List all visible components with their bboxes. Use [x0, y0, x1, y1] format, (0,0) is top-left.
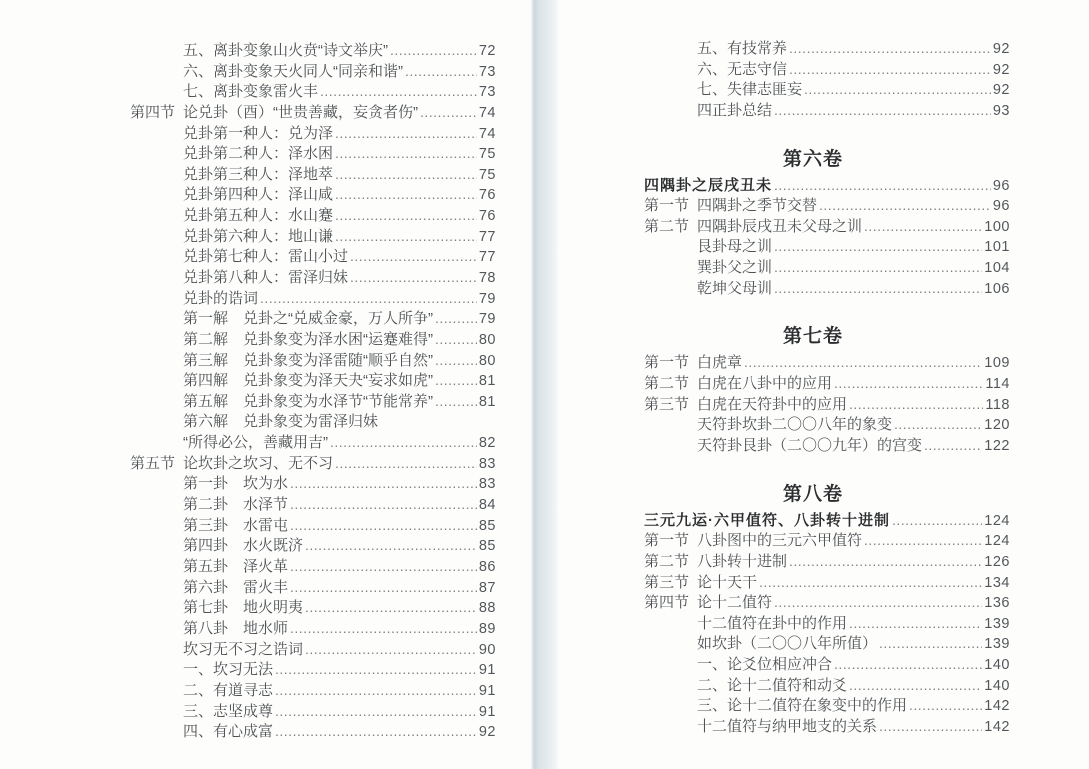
toc-entry: 第四节论兑卦（酉）“世贵善藏，妄贪者伤”74 — [130, 102, 496, 123]
entry-title: 兑卦第二种人：泽水困 — [183, 144, 333, 165]
book-spread: 五、离卦变象山火贲“诗文举庆”72六、离卦变象天火同人“同亲和谐”73七、离卦变… — [0, 0, 1089, 769]
dot-leader — [275, 721, 477, 742]
dot-leader — [435, 329, 477, 350]
toc-entry: 兑卦第七种人：雷山小过77 — [130, 246, 496, 267]
toc-entry: 兑卦第五种人：水山蹇76 — [130, 205, 496, 226]
entry-title: 一、坎习无法 — [183, 660, 273, 681]
page-number: 80 — [479, 351, 496, 372]
entry-title: 兑卦的诰词 — [183, 289, 258, 310]
page-number: 87 — [479, 578, 496, 599]
toc-entry: 坎习无不习之诰词90 — [130, 639, 496, 660]
page-number: 109 — [984, 353, 1010, 374]
toc-entry: 六、离卦变象天火同人“同亲和谐”73 — [130, 61, 496, 82]
entry-title: 十二值符与纳甲地支的关系 — [697, 717, 877, 738]
page-number: 91 — [479, 681, 496, 702]
page-number: 85 — [479, 536, 496, 557]
toc-entry: 二、论十二值符和动爻140 — [644, 675, 1010, 696]
page-number: 92 — [993, 80, 1010, 101]
dot-leader — [275, 701, 477, 722]
page-number: 136 — [984, 593, 1010, 614]
page-number: 118 — [985, 395, 1010, 416]
dot-leader — [849, 613, 982, 634]
entry-title: 天符卦艮卦（二〇〇九年）的宫变 — [697, 436, 922, 457]
toc-entry: 第四节论十二值符136 — [644, 592, 1010, 613]
book-spine-gutter — [531, 0, 559, 769]
entry-title: 第四解 兑卦象变为泽天夬“妄求如虎” — [183, 371, 433, 392]
toc-entry: 第四卦 水火既济85 — [130, 535, 496, 556]
dot-leader — [774, 100, 991, 121]
entry-title: 五、离卦变象山火贲“诗文举庆” — [183, 41, 388, 62]
dot-leader — [435, 370, 477, 391]
dot-leader — [909, 695, 982, 716]
page-number: 106 — [984, 279, 1010, 300]
entry-title: 兑卦第八种人：雷泽归妹 — [183, 268, 348, 289]
entry-title: 论十天干 — [697, 573, 757, 594]
page-number: 100 — [984, 217, 1010, 238]
page-number: 134 — [984, 573, 1010, 594]
page-number: 75 — [479, 144, 496, 165]
toc-entry: 七、失律志匪妄92 — [644, 79, 1010, 100]
dot-leader — [774, 592, 982, 613]
toc-entry: 十二值符与纳甲地支的关系142 — [644, 716, 1010, 737]
page-number: 83 — [479, 454, 496, 475]
entry-title: 第七卦 地火明夷 — [183, 598, 303, 619]
page-number: 90 — [479, 640, 496, 661]
toc-entry: 第六卦 雷火丰87 — [130, 577, 496, 598]
toc-entry: 兑卦第三种人：泽地萃75 — [130, 164, 496, 185]
dot-leader — [290, 556, 477, 577]
page-number: 76 — [479, 185, 496, 206]
entry-title: 兑卦第七种人：雷山小过 — [183, 247, 348, 268]
page-number: 79 — [479, 289, 496, 310]
page-number: 72 — [479, 41, 496, 62]
page-number: 75 — [479, 165, 496, 186]
page-number: 142 — [984, 717, 1010, 738]
section-label: 第三节 — [644, 573, 697, 594]
toc-entry: 第七卦 地火明夷88 — [130, 597, 496, 618]
toc-entry: 四、有心成富92 — [130, 721, 496, 742]
page-number: 79 — [479, 309, 496, 330]
page-number: 81 — [479, 392, 496, 413]
toc-entry: 兑卦第八种人：雷泽归妹78 — [130, 267, 496, 288]
dot-leader — [305, 597, 477, 618]
dot-leader — [420, 102, 477, 123]
toc-entry: 第八卦 地水师89 — [130, 618, 496, 639]
entry-title: 第一解 兑卦之“兑威金豪，万人所争” — [183, 309, 433, 330]
page-number: 82 — [479, 433, 496, 454]
page-number: 80 — [479, 330, 496, 351]
entry-title: 四正卦总结 — [697, 101, 772, 122]
dot-leader — [892, 510, 982, 531]
entry-title: 二、论十二值符和动爻 — [697, 676, 847, 697]
section-label: 第一节 — [644, 196, 697, 217]
entry-title: 第一卦 坎为水 — [183, 474, 288, 495]
toc-entry: “所得必公，善藏用吉”82 — [130, 432, 496, 453]
dot-leader — [290, 473, 477, 494]
toc-entry: 四正卦总结93 — [644, 100, 1010, 121]
dot-leader — [435, 391, 477, 412]
dot-leader — [305, 535, 477, 556]
dot-leader — [350, 246, 477, 267]
toc-entry: 三、论十二值符在象变中的作用142 — [644, 695, 1010, 716]
toc-entry: 第二节白虎在八卦中的应用114 — [644, 373, 1010, 394]
page-number: 114 — [985, 374, 1010, 395]
toc-entry: 一、论爻位相应冲合140 — [644, 654, 1010, 675]
right-page-toc: 五、有技常养92六、无志守信92七、失律志匪妄92四正卦总结93第六卷四隅卦之辰… — [644, 0, 1010, 737]
page-number: 93 — [993, 101, 1010, 122]
toc-entry: 二、有道寻志91 — [130, 680, 496, 701]
page-number: 140 — [984, 676, 1010, 697]
entry-title: 艮卦母之训 — [697, 237, 772, 258]
toc-entry: 艮卦母之训101 — [644, 236, 1010, 257]
page-number: 74 — [479, 103, 496, 124]
page-number: 77 — [479, 247, 496, 268]
entry-title: 四、有心成富 — [183, 722, 273, 743]
entry-title: 论十二值符 — [697, 593, 772, 614]
entry-title: 三、论十二值符在象变中的作用 — [697, 696, 907, 717]
entry-title: 兑卦第五种人：水山蹇 — [183, 206, 333, 227]
dot-leader — [405, 61, 477, 82]
dot-leader — [744, 352, 982, 373]
dot-leader — [774, 257, 982, 278]
dot-leader — [335, 226, 477, 247]
entry-title: 四隅卦之辰戌丑未 — [644, 176, 772, 197]
page-number: 85 — [479, 516, 496, 537]
dot-leader — [774, 236, 982, 257]
dot-leader — [864, 530, 982, 551]
section-label: 第三节 — [644, 395, 697, 416]
entry-title: 六、离卦变象天火同人“同亲和谐” — [183, 62, 403, 83]
dot-leader — [789, 59, 991, 80]
toc-entry: 乾坤父母训106 — [644, 278, 1010, 299]
toc-entry: 天符卦坎卦二〇〇八年的象变120 — [644, 414, 1010, 435]
entry-title: 二、有道寻志 — [183, 681, 273, 702]
entry-title: 第八卦 地水师 — [183, 619, 288, 640]
entry-title: 兑卦第一种人：兑为泽 — [183, 124, 333, 145]
dot-leader — [290, 494, 477, 515]
entry-title: 论兑卦（酉）“世贵善藏，妄贪者伤” — [183, 103, 418, 124]
entry-title: 四隅卦之季节交替 — [697, 196, 817, 217]
toc-entry: 七、离卦变象雷火丰73 — [130, 81, 496, 102]
toc-entry: 一、坎习无法91 — [130, 659, 496, 680]
entry-title: 第六解 兑卦象变为雷泽归妹 — [183, 412, 378, 433]
toc-entry: 第三卦 水雷屯85 — [130, 515, 496, 536]
entry-title: 五、有技常养 — [697, 39, 787, 60]
toc-entry: 兑卦第二种人：泽水困75 — [130, 143, 496, 164]
page-number: 139 — [984, 614, 1010, 635]
dot-leader — [290, 515, 477, 536]
dot-leader — [834, 373, 983, 394]
entry-title: 三、志坚成尊 — [183, 702, 273, 723]
dot-leader — [275, 680, 477, 701]
page-number: 139 — [984, 634, 1010, 655]
section-label: 第四节 — [130, 103, 183, 124]
page-number: 142 — [984, 696, 1010, 717]
toc-entry: 第一解 兑卦之“兑威金豪，万人所争”79 — [130, 308, 496, 329]
page-number: 96 — [993, 176, 1010, 197]
entry-title: 八卦转十进制 — [697, 552, 787, 573]
dot-leader — [879, 716, 982, 737]
toc-entry: 兑卦第一种人：兑为泽74 — [130, 123, 496, 144]
toc-entry: 兑卦的诰词79 — [130, 288, 496, 309]
dot-leader — [435, 350, 477, 371]
toc-entry: 第五解 兑卦象变为水泽节“节能常养”81 — [130, 391, 496, 412]
entry-title: 第三卦 水雷屯 — [183, 516, 288, 537]
entry-title: 兑卦第六种人：地山谦 — [183, 227, 333, 248]
dot-leader — [335, 143, 477, 164]
dot-leader — [290, 577, 477, 598]
page-number: 73 — [479, 82, 496, 103]
entry-title: 第五解 兑卦象变为水泽节“节能常养” — [183, 392, 433, 413]
toc-entry: 第五节论坎卦之坎习、无不习83 — [130, 453, 496, 474]
dot-leader — [774, 278, 982, 299]
dot-leader — [924, 435, 982, 456]
entry-title: 白虎在天符卦中的应用 — [697, 395, 847, 416]
dot-leader — [350, 267, 477, 288]
dot-leader — [804, 79, 991, 100]
entry-title: “所得必公，善藏用吉” — [183, 433, 328, 454]
dot-leader — [894, 414, 982, 435]
page-number: 83 — [479, 474, 496, 495]
toc-entry: 巽卦父之训104 — [644, 257, 1010, 278]
page-number: 89 — [479, 619, 496, 640]
toc-entry: 第三节论十天干134 — [644, 572, 1010, 593]
toc-entry: 三、志坚成尊91 — [130, 701, 496, 722]
toc-entry: 第二节四隅卦辰戌丑未父母之训100 — [644, 216, 1010, 237]
dot-leader — [834, 654, 982, 675]
section-label: 第二节 — [644, 552, 697, 573]
toc-entry: 第一卦 坎为水83 — [130, 473, 496, 494]
toc-entry: 五、离卦变象山火贲“诗文举庆”72 — [130, 40, 496, 61]
entry-title: 四隅卦辰戌丑未父母之训 — [697, 217, 862, 238]
dot-leader — [435, 308, 477, 329]
dot-leader — [305, 639, 477, 660]
dot-leader — [390, 40, 477, 61]
page-number: 78 — [479, 268, 496, 289]
section-label: 第四节 — [644, 593, 697, 614]
dot-leader — [335, 205, 477, 226]
toc-entry: 兑卦第四种人：泽山咸76 — [130, 184, 496, 205]
chapter-heading: 第八卷 — [644, 482, 1010, 508]
toc-entry: 第三节白虎在天符卦中的应用118 — [644, 394, 1010, 415]
entry-title: 第五卦 泽火革 — [183, 557, 288, 578]
page-number: 96 — [993, 196, 1010, 217]
page-number: 104 — [984, 258, 1010, 279]
page-number: 76 — [479, 206, 496, 227]
entry-title: 第二解 兑卦象变为泽水困“运蹇难得” — [183, 330, 433, 351]
entry-title: 坎习无不习之诰词 — [183, 640, 303, 661]
left-page-toc: 五、离卦变象山火贲“诗文举庆”72六、离卦变象天火同人“同亲和谐”73七、离卦变… — [130, 0, 496, 742]
toc-entry: 第三解 兑卦象变为泽雷随“顺乎自然”80 — [130, 350, 496, 371]
entry-title: 第三解 兑卦象变为泽雷随“顺乎自然” — [183, 351, 433, 372]
toc-entry: 第五卦 泽火革86 — [130, 556, 496, 577]
entry-title: 一、论爻位相应冲合 — [697, 655, 832, 676]
page-number: 74 — [479, 124, 496, 145]
toc-entry: 第四解 兑卦象变为泽天夬“妄求如虎”81 — [130, 370, 496, 391]
page-number: 124 — [984, 511, 1010, 532]
toc-entry: 六、无志守信92 — [644, 59, 1010, 80]
page-number: 92 — [479, 722, 496, 743]
toc-entry: 三元九运·六甲值符、八卦转十进制124 — [644, 510, 1010, 531]
dot-leader — [819, 195, 991, 216]
toc-entry: 如坎卦（二〇〇八年所值）139 — [644, 633, 1010, 654]
dot-leader — [849, 675, 982, 696]
dot-leader — [275, 659, 477, 680]
page-number: 91 — [479, 702, 496, 723]
toc-entry: 第二解 兑卦象变为泽水困“运蹇难得”80 — [130, 329, 496, 350]
section-label: 第二节 — [644, 217, 697, 238]
dot-leader — [759, 572, 982, 593]
page-number: 88 — [479, 598, 496, 619]
page-number: 91 — [479, 660, 496, 681]
chapter-heading: 第六卷 — [644, 147, 1010, 173]
toc-entry: 天符卦艮卦（二〇〇九年）的宫变122 — [644, 435, 1010, 456]
entry-title: 第四卦 水火既济 — [183, 536, 303, 557]
dot-leader — [260, 288, 477, 309]
entry-title: 乾坤父母训 — [697, 279, 772, 300]
page-number: 140 — [984, 655, 1010, 676]
toc-entry: 第一节八卦图中的三元六甲值符124 — [644, 530, 1010, 551]
page-number: 120 — [984, 415, 1010, 436]
entry-title: 六、无志守信 — [697, 60, 787, 81]
page-number: 84 — [479, 495, 496, 516]
entry-title: 七、离卦变象雷火丰 — [183, 82, 318, 103]
entry-title: 白虎在八卦中的应用 — [697, 374, 832, 395]
entry-title: 八卦图中的三元六甲值符 — [697, 531, 862, 552]
entry-title: 巽卦父之训 — [697, 258, 772, 279]
entry-title: 七、失律志匪妄 — [697, 80, 802, 101]
page-number: 73 — [479, 62, 496, 83]
toc-entry: 五、有技常养92 — [644, 38, 1010, 59]
dot-leader — [335, 164, 477, 185]
dot-leader — [789, 551, 982, 572]
dot-leader — [330, 432, 477, 453]
dot-leader — [335, 453, 477, 474]
page-number: 126 — [984, 552, 1010, 573]
toc-entry: 四隅卦之辰戌丑未96 — [644, 175, 1010, 196]
toc-entry: 十二值符在卦中的作用139 — [644, 613, 1010, 634]
dot-leader — [849, 394, 983, 415]
dot-leader — [335, 123, 477, 144]
page-number: 92 — [993, 39, 1010, 60]
section-label: 第一节 — [644, 353, 697, 374]
section-label: 第五节 — [130, 454, 183, 475]
toc-entry: 兑卦第六种人：地山谦77 — [130, 226, 496, 247]
dot-leader — [789, 38, 991, 59]
toc-entry: 第六解 兑卦象变为雷泽归妹 — [130, 412, 496, 433]
entry-title: 兑卦第三种人：泽地萃 — [183, 165, 333, 186]
page-number: 81 — [479, 371, 496, 392]
page-number: 92 — [993, 60, 1010, 81]
toc-entry: 第一节白虎章109 — [644, 352, 1010, 373]
entry-title: 白虎章 — [697, 353, 742, 374]
entry-title: 天符卦坎卦二〇〇八年的象变 — [697, 415, 892, 436]
entry-title: 论坎卦之坎习、无不习 — [183, 454, 333, 475]
page-number: 124 — [984, 531, 1010, 552]
page-number: 77 — [479, 227, 496, 248]
toc-entry: 第二节八卦转十进制126 — [644, 551, 1010, 572]
toc-entry: 第一节四隅卦之季节交替96 — [644, 195, 1010, 216]
page-number: 101 — [984, 237, 1010, 258]
page-number: 122 — [984, 436, 1010, 457]
section-label: 第二节 — [644, 374, 697, 395]
dot-leader — [864, 216, 982, 237]
entry-title: 十二值符在卦中的作用 — [697, 614, 847, 635]
dot-leader — [320, 81, 477, 102]
chapter-heading: 第七卷 — [644, 324, 1010, 350]
entry-title: 三元九运·六甲值符、八卦转十进制 — [644, 511, 890, 532]
section-label: 第一节 — [644, 531, 697, 552]
page-number: 86 — [479, 557, 496, 578]
dot-leader — [879, 633, 982, 654]
toc-entry: 第二卦 水泽节84 — [130, 494, 496, 515]
dot-leader — [774, 175, 991, 196]
entry-title: 第二卦 水泽节 — [183, 495, 288, 516]
dot-leader — [335, 184, 477, 205]
dot-leader — [290, 618, 477, 639]
entry-title: 如坎卦（二〇〇八年所值） — [697, 634, 877, 655]
entry-title: 第六卦 雷火丰 — [183, 578, 288, 599]
entry-title: 兑卦第四种人：泽山咸 — [183, 185, 333, 206]
